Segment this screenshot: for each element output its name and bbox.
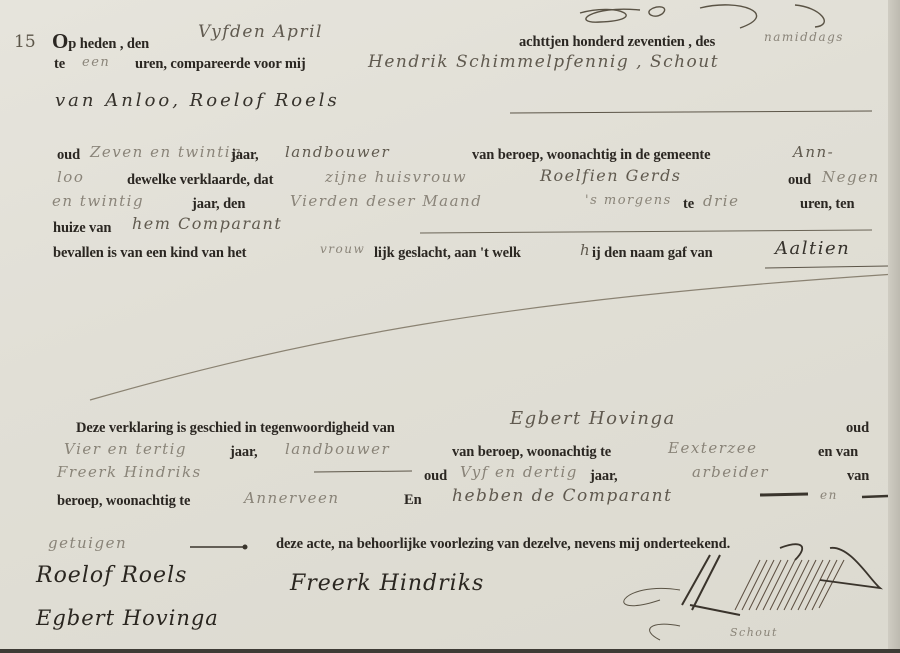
printed-text: oud [846, 420, 869, 437]
handwritten-witness-2-age: Vyf en dertig [460, 463, 578, 481]
printed-text: bevallen is van een kind van het [53, 245, 246, 262]
printed-text: oud [424, 468, 447, 485]
printed-text: van [847, 468, 869, 485]
drop-initial: O [52, 29, 68, 53]
margin-record-number: 15 [14, 32, 36, 52]
handwritten-municipality: Ann- [793, 143, 834, 161]
printed-text: oud [788, 172, 811, 189]
printed-text: beroep, woonachtig te [57, 493, 190, 510]
printed-text: dewelke verklaarde, dat [127, 172, 273, 189]
handwritten-municipality-cont: loo [57, 168, 84, 186]
handwritten-occupation: landbouwer [285, 143, 390, 161]
printed-text: oud [57, 147, 80, 164]
handwritten-birth-time: 's morgens [585, 193, 672, 208]
printed-text: ij den naam gaf van [592, 245, 713, 262]
handwritten-witness-1-residence: Eexterzee [668, 439, 758, 457]
printed-text: Op heden , den [52, 29, 149, 54]
handwritten-sex: vrouw [320, 242, 365, 256]
printed-closing: deze acte, na behoorlijke voorlezing van… [276, 536, 730, 553]
handwritten-witness-1: Egbert Hovinga [510, 408, 676, 429]
register-page: 15 Op heden , den Vyfden April achttjen … [0, 0, 888, 649]
handwritten-birth-place: hem Comparant [132, 214, 282, 233]
bottom-binding-edge [0, 649, 900, 653]
handwritten-witnesses-word: getuigen [48, 534, 127, 552]
handwritten-declarant: van Anloo, Roelof Roels [55, 90, 340, 111]
signature-witness-egbert: Egbert Hovinga [36, 606, 219, 630]
printed-year: achttjen honderd zeventien , des [519, 34, 715, 51]
handwritten-mother-age-cont: en twintig [52, 192, 144, 210]
handwritten-mother-age: Negen [822, 168, 880, 186]
printed-text: jaar, den [192, 196, 245, 213]
printed-text: van beroep, woonachtig te [452, 444, 611, 461]
printed-text: En [404, 492, 422, 509]
handwritten-child-name: Aaltien [775, 238, 850, 259]
handwritten-relation: zijne huisvrouw [325, 168, 467, 186]
printed-text: te [54, 56, 65, 73]
handwritten-witness-1-occupation: landbouwer [285, 440, 390, 458]
handwritten-birth-date: Vierden deser Maand [290, 192, 482, 210]
printed-text: van beroep, woonachtig in de gemeente [472, 147, 711, 164]
handwritten-witness-2-occupation: arbeider [692, 463, 769, 481]
handwritten-mother-name: Roelfien Gerds [540, 166, 682, 185]
handwritten-witness-2-residence: Annerveen [244, 489, 340, 507]
printed-text: uren, ten [800, 196, 854, 213]
printed-text: jaar, [230, 444, 258, 461]
handwritten-official-name: Hendrik Schimmelpfennig , Schout [368, 52, 719, 72]
printed-text: huize van [53, 220, 111, 237]
handwritten-hour: een [82, 55, 110, 70]
signature-father: Roelof Roels [36, 563, 187, 588]
signature-witness-freerk: Freerk Hindriks [290, 571, 484, 596]
handwritten-signing-note: hebben de Comparant [452, 486, 672, 506]
page-edge-shadow [888, 0, 900, 653]
printed-text: en van [818, 444, 858, 461]
handwritten-witness-2: Freerk Hindriks [57, 463, 202, 481]
printed-phrase: p heden , den [68, 36, 149, 52]
handwritten-birth-hour: drie [703, 192, 739, 210]
handwritten-pronoun: h [580, 241, 591, 259]
printed-text: jaar, [590, 468, 618, 485]
handwritten-witness-1-age: Vier en tertig [64, 440, 187, 458]
printed-text: te [683, 196, 694, 213]
printed-text: lijk geslacht, aan 't welk [374, 245, 521, 262]
handwritten-age: Zeven en twintig [90, 143, 242, 161]
signature-official-title: Schout [730, 626, 778, 639]
handwritten-time-of-day: namiddags [764, 30, 844, 44]
printed-text: jaar, [231, 147, 259, 164]
handwritten-conjunction: en [820, 488, 838, 502]
printed-text: uren, compareerde voor mij [135, 56, 306, 73]
printed-text: Deze verklaring is geschied in tegenwoor… [76, 420, 395, 437]
handwritten-day: Vyfden April [198, 22, 323, 42]
